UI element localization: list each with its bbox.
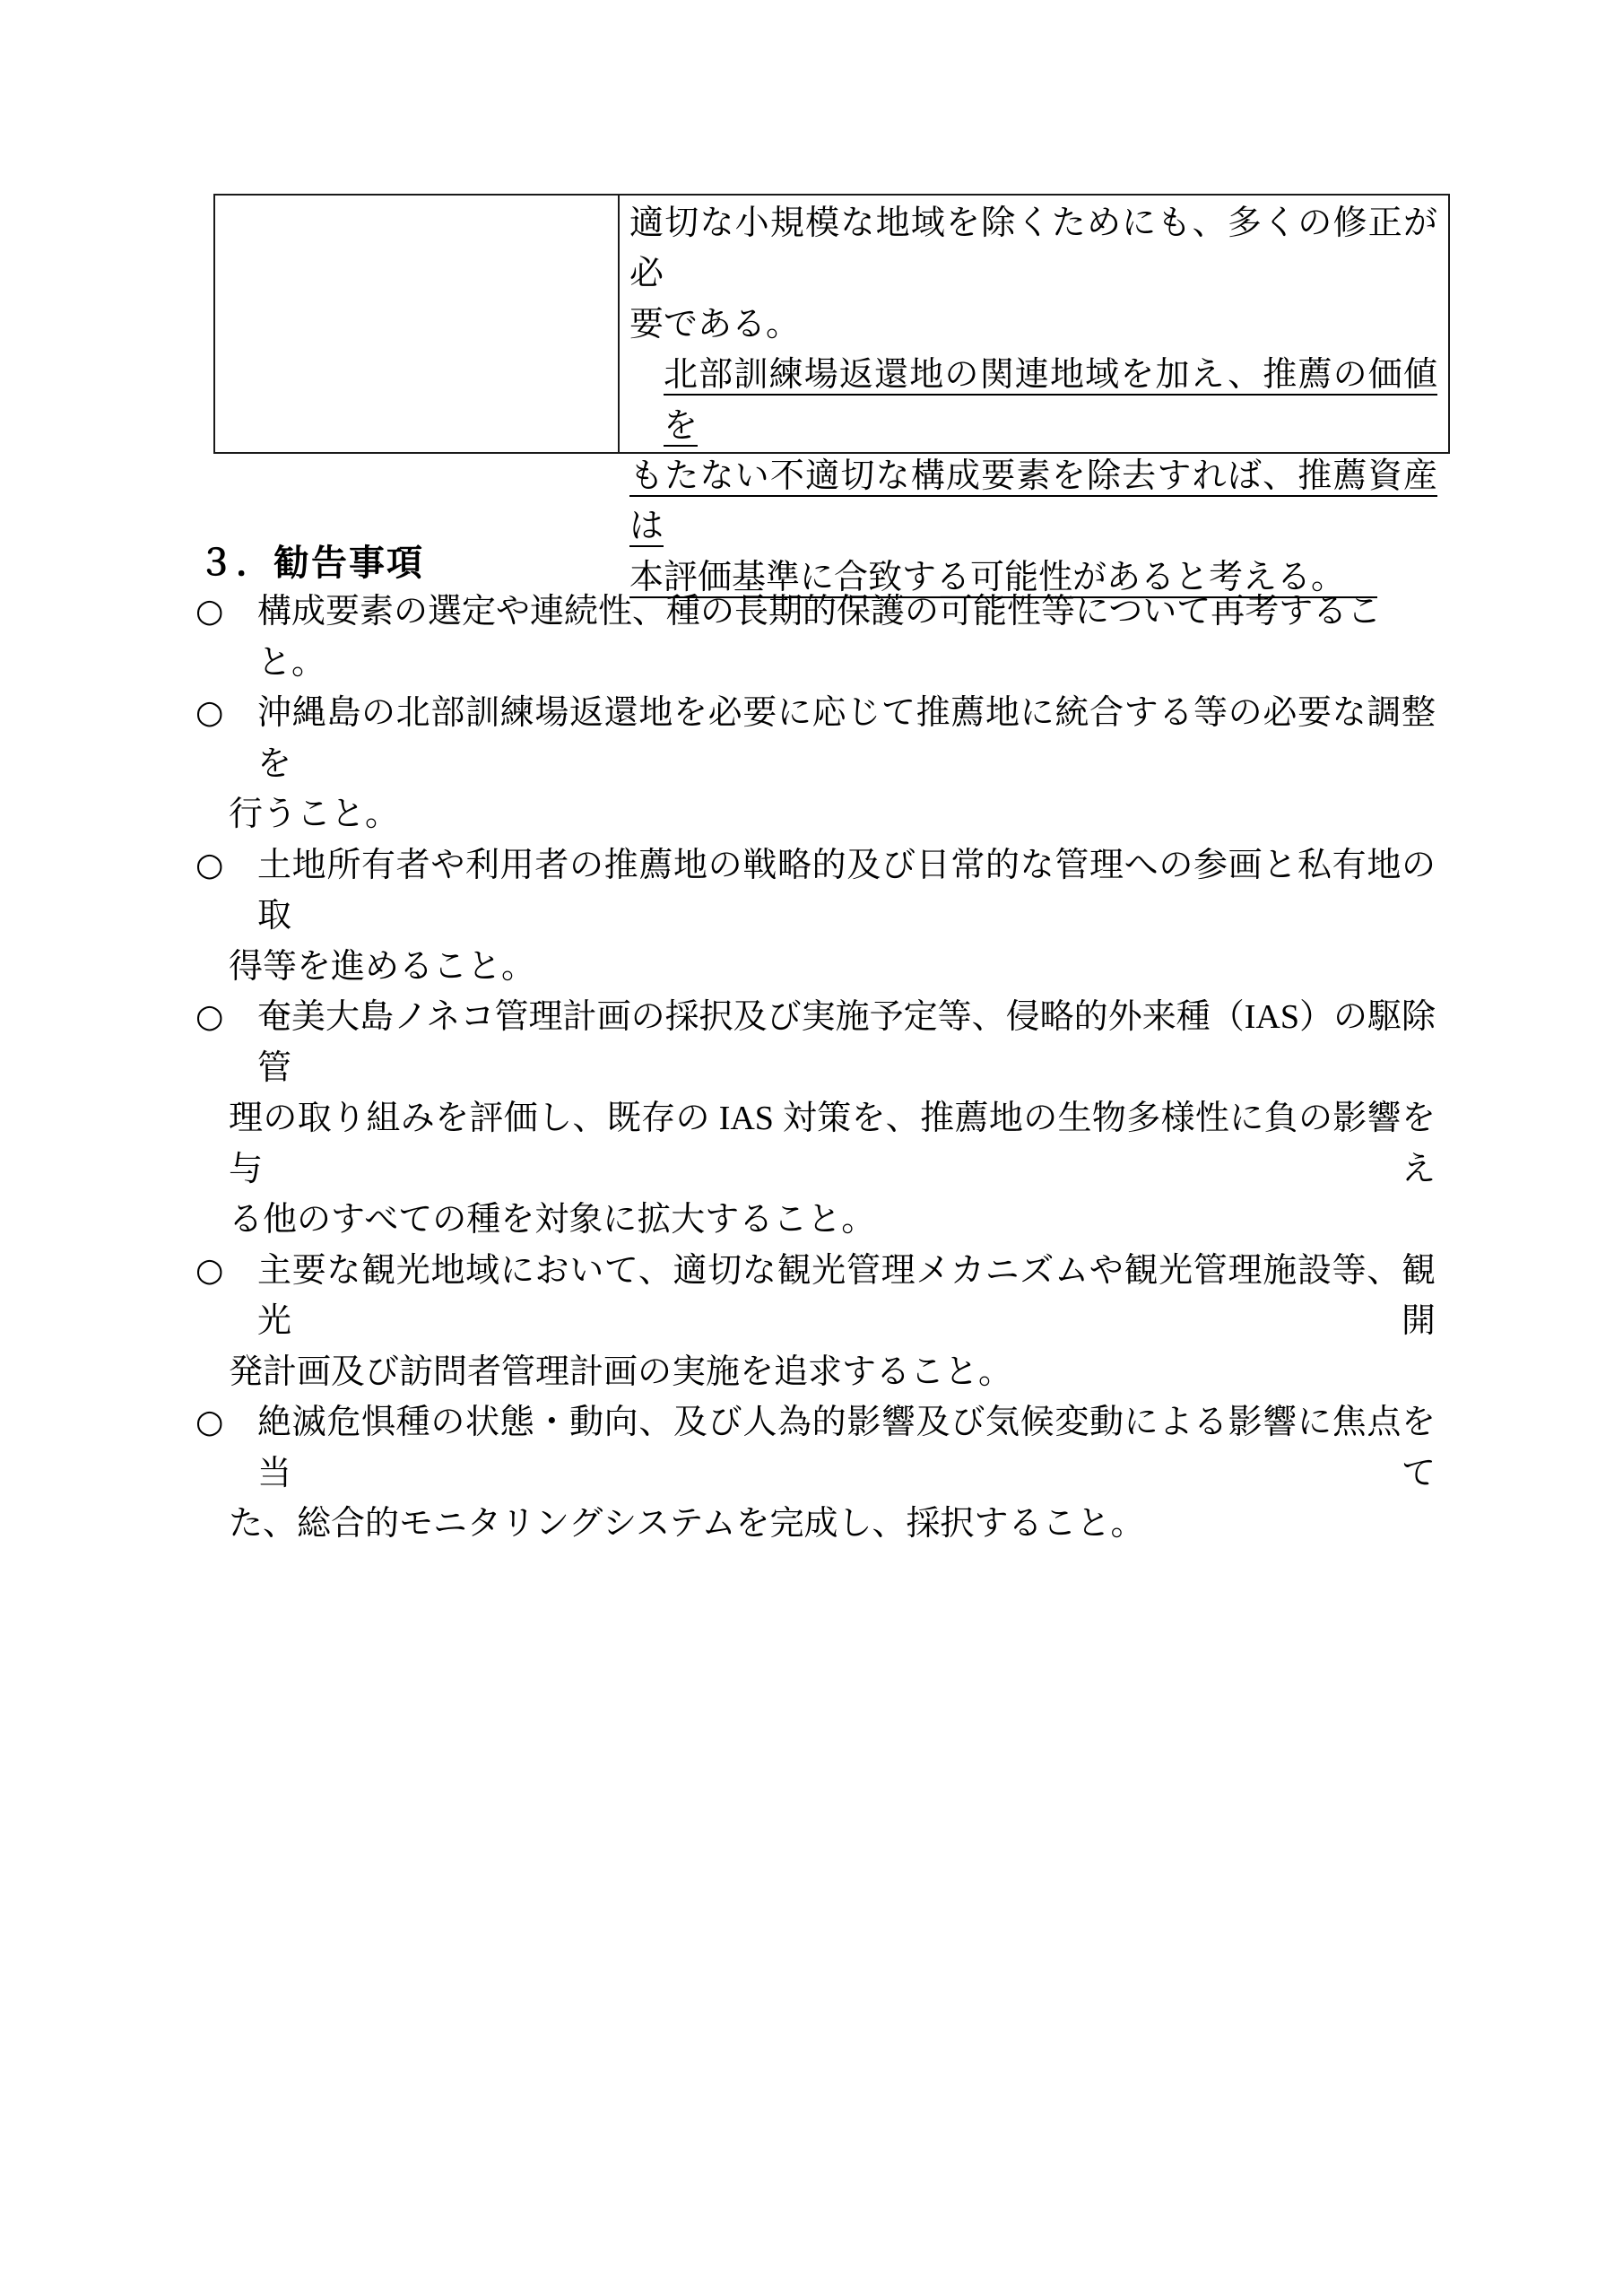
recommendation-item: ○主要な観光地域において、適切な観光管理メカニズムや観光管理施設等、観光開 発計… — [195, 1246, 1436, 1398]
table-cell-empty — [215, 196, 620, 452]
recommendation-line: ○構成要素の選定や連続性、種の長期的保護の可能性等について再考すること。 — [195, 587, 1436, 688]
recommendation-line: ○沖縄島の北部訓練場返還地を必要に応じて推薦地に統合する等の必要な調整を — [195, 688, 1436, 789]
recommendations-list: ○構成要素の選定や連続性、種の長期的保護の可能性等について再考すること。 ○沖縄… — [195, 587, 1436, 1550]
circle-bullet-icon: ○ — [195, 1397, 223, 1448]
evaluation-table: 適切な小規模な地域を除くためにも、多くの修正が必 要である。 北部訓練場返還地の… — [213, 194, 1450, 454]
table-line-underlined: もたない不適切な構成要素を除去すれば、推薦資産は — [629, 451, 1437, 552]
recommendation-item: ○沖縄島の北部訓練場返還地を必要に応じて推薦地に統合する等の必要な調整を 行うこ… — [195, 688, 1436, 840]
circle-bullet-icon: ○ — [195, 840, 223, 891]
circle-bullet-icon: ○ — [195, 992, 223, 1043]
recommendation-line: 行うこと。 — [195, 789, 1436, 840]
recommendation-line: ○絶滅危惧種の状態・動向、及び人為的影響及び気候変動による影響に焦点を当て — [195, 1397, 1436, 1499]
recommendation-item: ○奄美大島ノネコ管理計画の採択及び実施予定等、侵略的外来種（IAS）の駆除管 理… — [195, 992, 1436, 1246]
recommendation-line: た、総合的モニタリングシステムを完成し、採択すること。 — [195, 1499, 1436, 1550]
recommendation-line: ○土地所有者や利用者の推薦地の戦略的及び日常的な管理への参画と私有地の取 — [195, 840, 1436, 942]
table-line: 要である。 — [629, 300, 1437, 350]
recommendation-line: ○奄美大島ノネコ管理計画の採択及び実施予定等、侵略的外来種（IAS）の駆除管 — [195, 992, 1436, 1093]
recommendation-item: ○構成要素の選定や連続性、種の長期的保護の可能性等について再考すること。 — [195, 587, 1436, 688]
circle-bullet-icon: ○ — [195, 587, 223, 638]
table-line: 適切な小規模な地域を除くためにも、多くの修正が必 — [629, 198, 1437, 300]
recommendation-line: 得等を進めること。 — [195, 942, 1436, 993]
recommendation-item: ○土地所有者や利用者の推薦地の戦略的及び日常的な管理への参画と私有地の取 得等を… — [195, 840, 1436, 993]
table-line-underlined: 北部訓練場返還地の関連地域を加え、推薦の価値を — [629, 350, 1437, 451]
circle-bullet-icon: ○ — [195, 688, 223, 739]
recommendation-line: ○主要な観光地域において、適切な観光管理メカニズムや観光管理施設等、観光開 — [195, 1246, 1436, 1347]
table-cell-evaluation-text: 適切な小規模な地域を除くためにも、多くの修正が必 要である。 北部訓練場返還地の… — [620, 196, 1448, 452]
circle-bullet-icon: ○ — [195, 1246, 223, 1297]
recommendation-line: 理の取り組みを評価し、既存の IAS 対策を、推薦地の生物多様性に負の影響を与え — [195, 1093, 1436, 1195]
recommendation-line: 発計画及び訪問者管理計画の実施を追求すること。 — [195, 1347, 1436, 1398]
document-page: 適切な小規模な地域を除くためにも、多くの修正が必 要である。 北部訓練場返還地の… — [0, 0, 1623, 2296]
recommendation-item: ○絶滅危惧種の状態・動向、及び人為的影響及び気候変動による影響に焦点を当て た、… — [195, 1397, 1436, 1550]
recommendation-line: る他のすべての種を対象に拡大すること。 — [195, 1195, 1436, 1246]
section-heading: ３．勧告事項 — [198, 540, 424, 587]
